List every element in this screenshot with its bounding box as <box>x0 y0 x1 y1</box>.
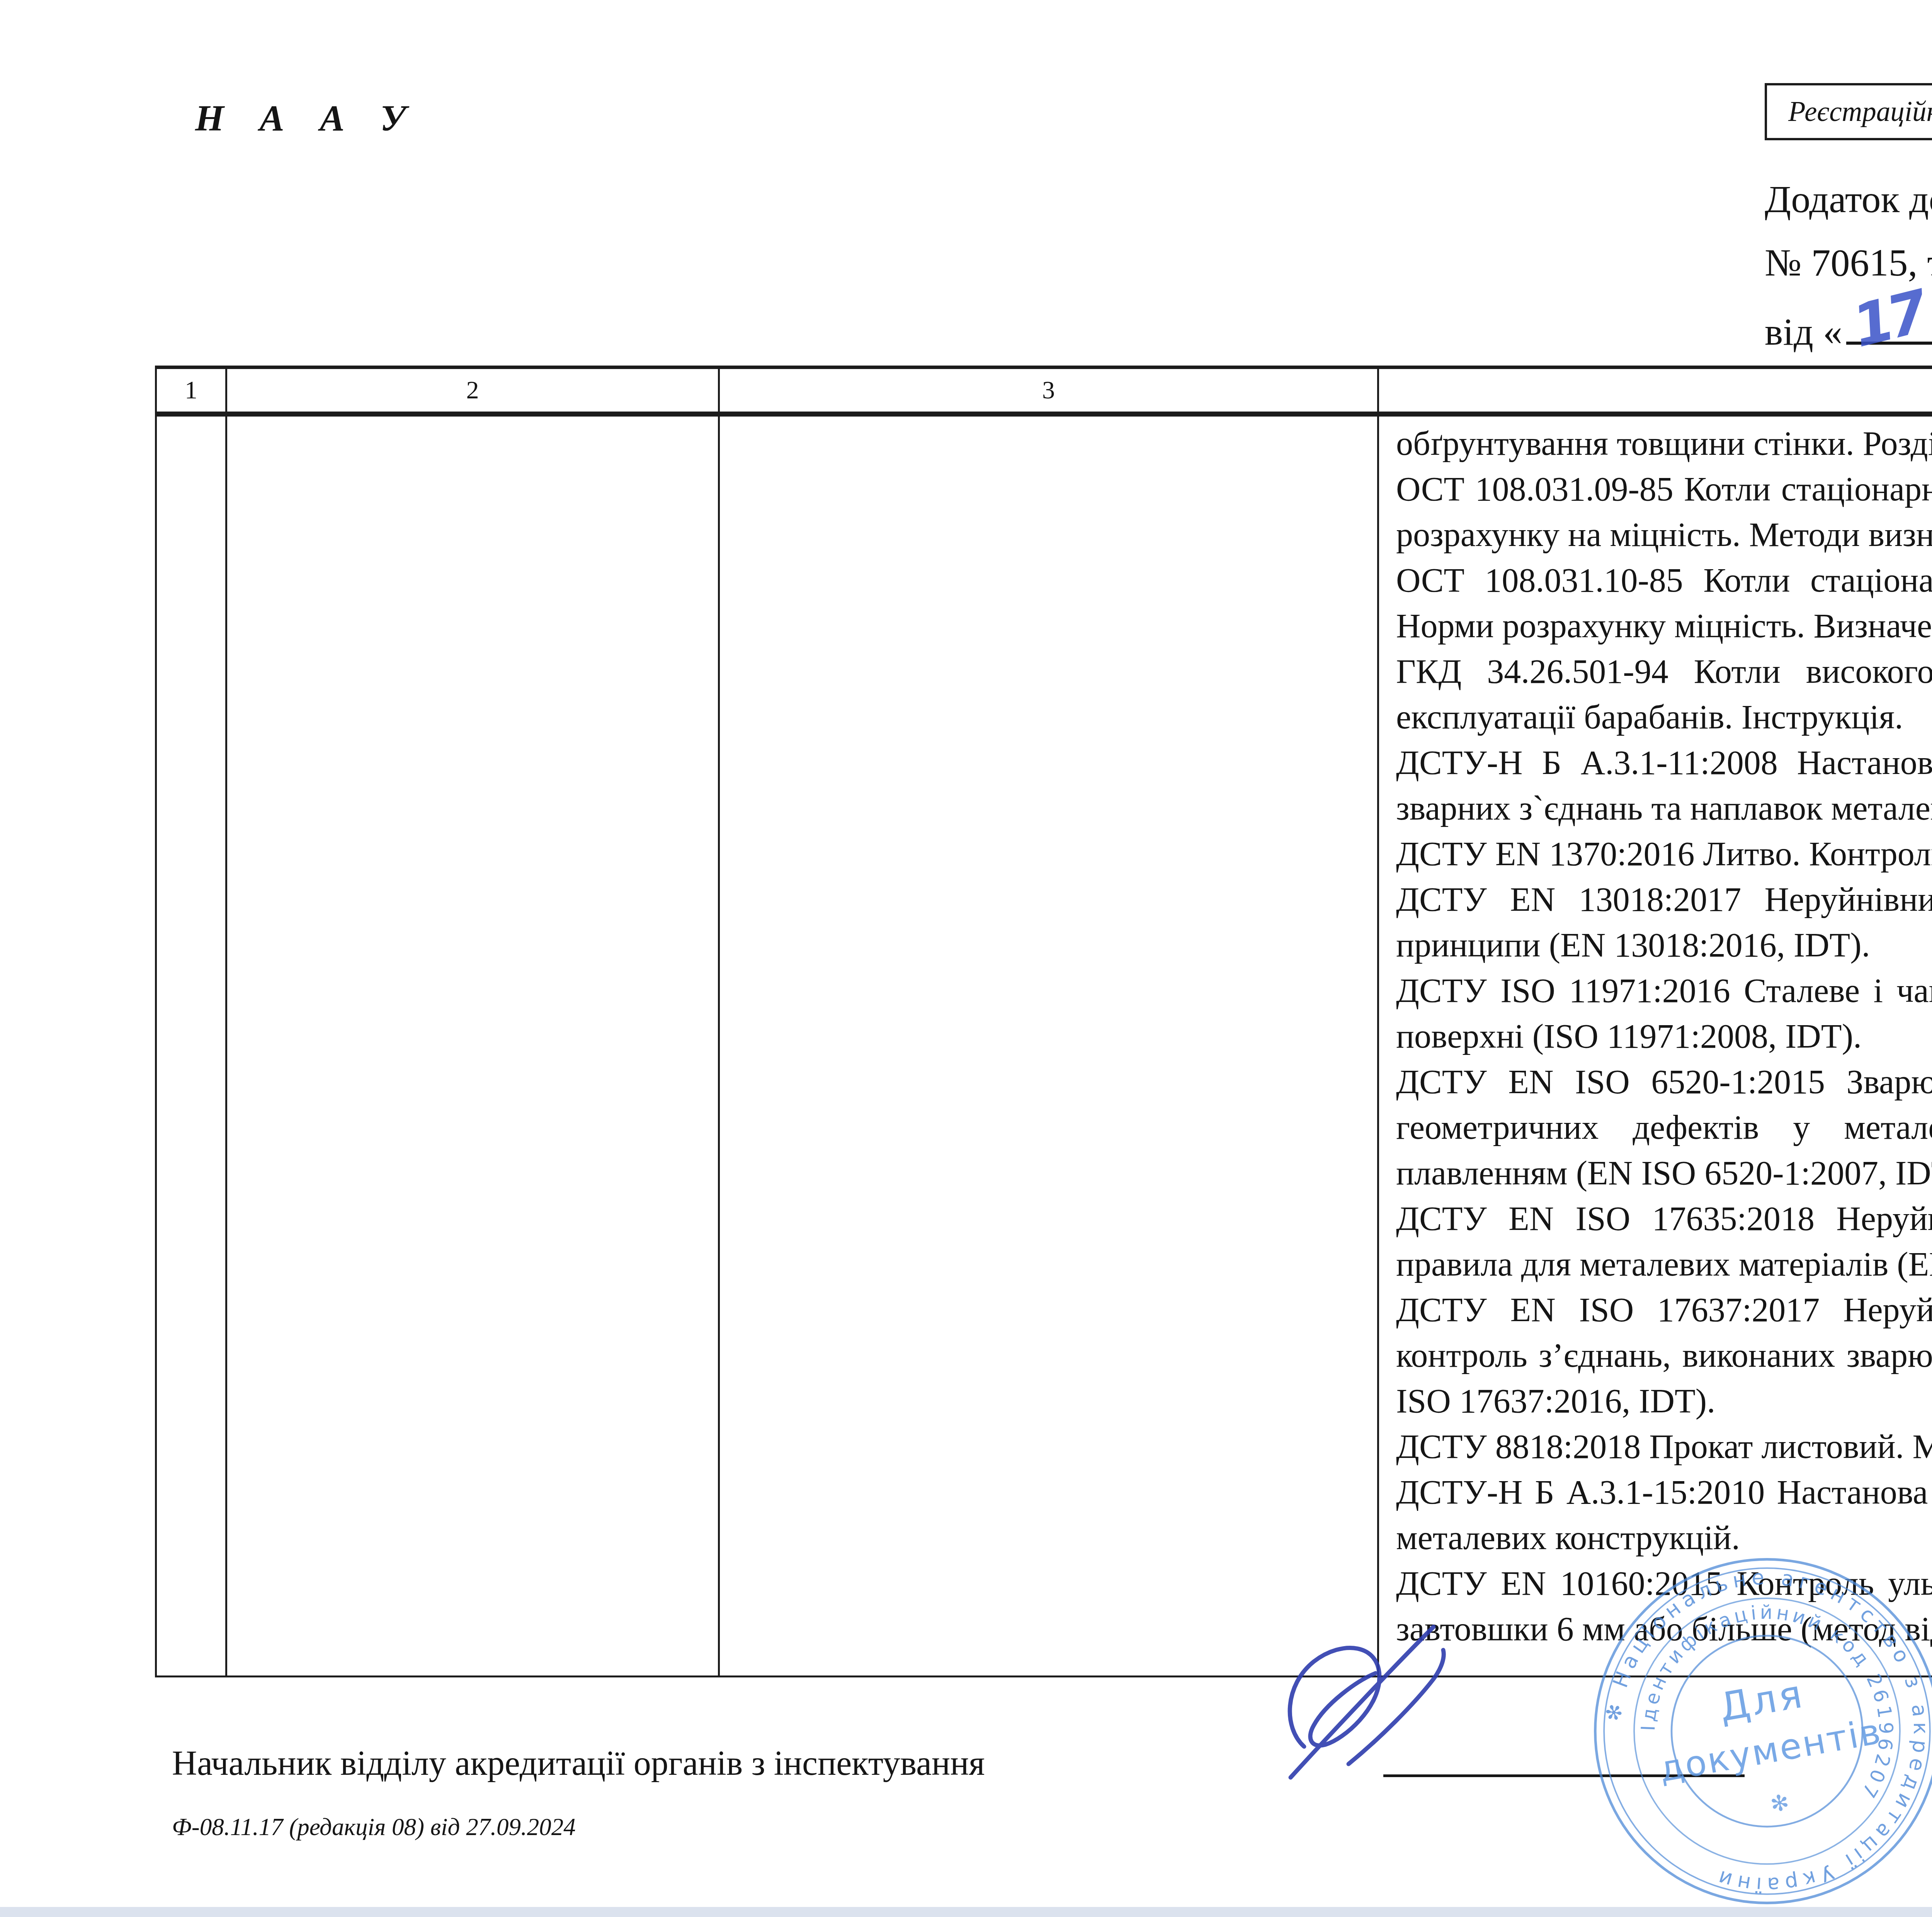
standard-paragraph: ОСТ 108.031.10-85 Котли стаціонарні та т… <box>1396 558 1932 649</box>
col-header-1: 1 <box>156 367 226 414</box>
standard-paragraph: ДСТУ EN ISO 6520-1:2015 Зварювання та сп… <box>1396 1060 1932 1196</box>
round-stamp: ✻ Національне агентство з акредитації Ук… <box>1583 1548 1932 1915</box>
chief-title: Начальник відділу акредитації органів з … <box>172 1744 985 1783</box>
scope-table-wrap: 1 2 3 4 обґрунтування товщини стінки. Ро… <box>155 366 1932 1677</box>
registration-number-box: Реєстраційний номер ООВ 70615 <box>1765 83 1932 140</box>
standard-paragraph: ДСТУ EN ISO 17635:2018 Неруйнівний контр… <box>1396 1196 1932 1288</box>
standard-paragraph: ДСТУ 8818:2018 Прокат листовий. Методи у… <box>1396 1424 1932 1470</box>
cell-col1-empty <box>156 414 226 1677</box>
appendix-title: Додаток до атестата про акредитацію <box>1765 177 1932 221</box>
naau-logo: Н А А У <box>195 97 419 139</box>
scope-table: 1 2 3 4 обґрунтування товщини стінки. Ро… <box>155 366 1932 1677</box>
signature-ink <box>1267 1611 1499 1793</box>
date-prefix: від « <box>1765 310 1842 353</box>
certificate-number-line: № 70615, тип А <box>1765 240 1932 285</box>
standard-paragraph: ДСТУ ISO 11971:2016 Сталеве і чавунне ли… <box>1396 968 1932 1060</box>
standard-paragraph: ГКД 34.26.501-94 Котли високого тиску. О… <box>1396 649 1932 740</box>
table-body-row: обґрунтування товщини стінки. Розділи 2-… <box>156 414 1932 1677</box>
col-header-2: 2 <box>226 367 719 414</box>
standard-paragraph: ДСТУ EN ISO 17637:2017 Неруйнівний контр… <box>1396 1288 1932 1424</box>
cell-col2-empty <box>226 414 719 1677</box>
date-line: від «17» грудня 2024р. <box>1765 303 1932 354</box>
col-header-4: 4 <box>1378 367 1932 414</box>
standard-paragraph: ОСТ 108.031.09-85 Котли стаціонарні та т… <box>1396 467 1932 558</box>
standard-paragraph: ДСТУ EN 13018:2017 Неруйнівний контроль.… <box>1396 877 1932 968</box>
stamp-center-star: ✻ <box>1769 1789 1791 1817</box>
form-code: Ф-08.11.17 (редакція 08) від 27.09.2024 <box>172 1813 576 1841</box>
handwritten-day: 17 <box>1847 283 1929 356</box>
cell-col3-empty <box>719 414 1378 1677</box>
standard-paragraph: обґрунтування товщини стінки. Розділи 2-… <box>1396 421 1932 467</box>
col-header-3: 3 <box>719 367 1378 414</box>
document-page: Н А А У Реєстраційний номер ООВ 70615 До… <box>0 0 1932 1917</box>
table-header-row: 1 2 3 4 <box>156 367 1932 414</box>
standard-paragraph: ДСТУ EN 1370:2016 Литво. Контроль стану … <box>1396 832 1932 877</box>
date-day-blank: 17 <box>1846 303 1932 345</box>
registration-number-label: Реєстраційний номер ООВ <box>1767 85 1932 138</box>
standards-list-cell: обґрунтування товщини стінки. Розділи 2-… <box>1378 414 1932 1677</box>
stamp-center-line1: Для <box>1716 1671 1808 1730</box>
standard-paragraph: ДСТУ-Н Б А.3.1-11:2008 Настанова з візуа… <box>1396 740 1932 832</box>
